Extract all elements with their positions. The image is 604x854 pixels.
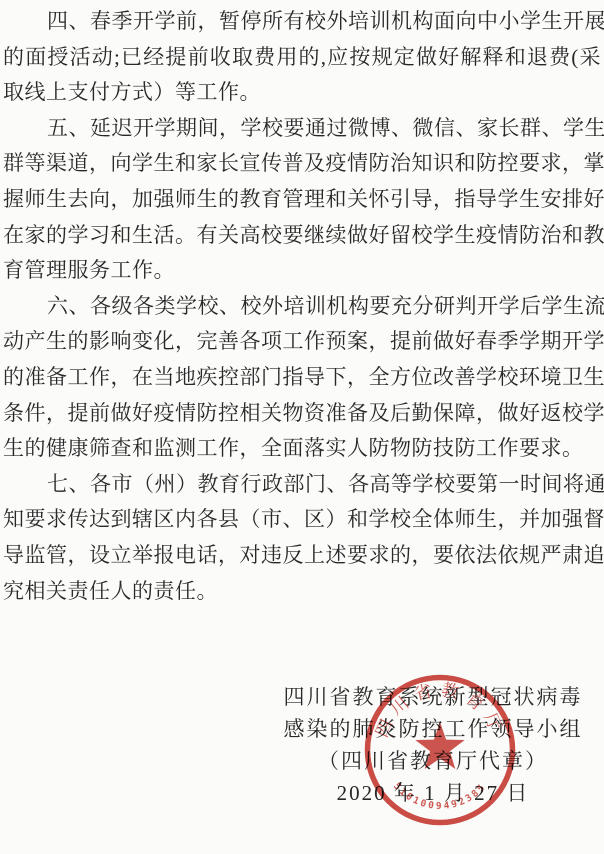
- document-line: 五、延迟开学期间，学校要通过微博、微信、家长群、学生: [3, 111, 601, 147]
- document-line: 动产生的影响变化，完善各项工作预案，提前做好春季学期开学: [3, 324, 601, 360]
- document-line: 知要求传达到辖区内各县（市、区）和学校全体师生，并加强督: [3, 502, 601, 538]
- document-line: 条件，提前做好疫情防控相关物资准备及后勤保障，做好返校学: [3, 396, 601, 432]
- document-page: 四、春季开学前，暂停所有校外培训机构面向中小学生开展的面授活动;已经提前收取费用…: [0, 0, 604, 854]
- document-line: 群等渠道，向学生和家长宣传普及疫情防治知识和防控要求，掌: [3, 146, 601, 182]
- document-body: 四、春季开学前，暂停所有校外培训机构面向中小学生开展的面授活动;已经提前收取费用…: [3, 4, 601, 609]
- document-line: 六、各级各类学校、校外培训机构要充分研判开学后学生流: [3, 289, 601, 325]
- document-line: 的准备工作，在当地疾控部门指导下，全方位改善学校环境卫生: [3, 360, 601, 396]
- signature-line: 感染的肺炎防控工作领导小组: [263, 713, 603, 745]
- document-line: 在家的学习和生活。有关高校要继续做好留校学生疫情防治和教: [3, 218, 601, 254]
- document-line: 握师生去向，加强师生的教育管理和关怀引导，指导学生安排好: [3, 182, 601, 218]
- signature-line: （四川省教育厅代章）: [263, 745, 603, 777]
- document-line: 生的健康筛查和监测工作，全面落实人防物防技防工作要求。: [3, 431, 601, 467]
- document-line: 七、各市（州）教育行政部门、各高等学校要第一时间将通: [3, 467, 601, 503]
- document-line: 取线上支付方式）等工作。: [3, 75, 601, 111]
- signature-line: 四川省教育系统新型冠状病毒: [263, 681, 603, 713]
- document-line: 导监管，设立举报电话，对违反上述要求的，要依法依规严肃追: [3, 538, 601, 574]
- document-line: 四、春季开学前，暂停所有校外培训机构面向中小学生开展: [3, 4, 601, 40]
- document-line: 究相关责任人的责任。: [3, 574, 601, 610]
- signature-block: 四川省教育系统新型冠状病毒感染的肺炎防控工作领导小组（四川省教育厅代章）2020…: [263, 681, 603, 809]
- document-line: 育管理服务工作。: [3, 253, 601, 289]
- signature-line: 2020 年 1 月 27 日: [263, 777, 603, 809]
- document-line: 的面授活动;已经提前收取费用的,应按规定做好解释和退费(采: [3, 40, 601, 76]
